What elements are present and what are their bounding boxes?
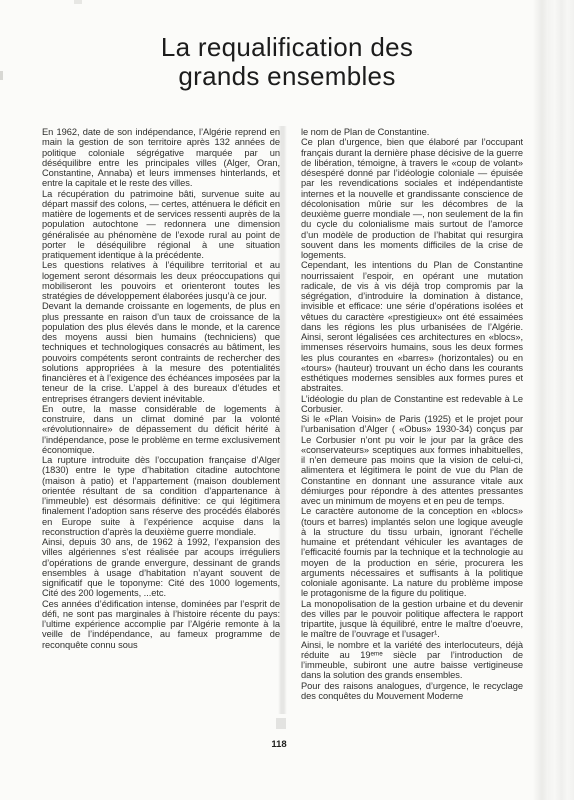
scan-edge-region [548,0,574,800]
scan-artifact [74,0,82,4]
paragraph: Cependant, les intentions du Plan de Con… [301,260,523,393]
paragraph: Ainsi, depuis 30 ans, de 1962 à 1992, l’… [42,537,280,599]
page-title-line1: La requalification des [161,32,413,62]
book-page: La requalification desgrands ensembles E… [0,0,574,800]
paragraph: La rupture introduite dès l’occupation f… [42,455,280,537]
paragraph: L’idéologie du plan de Constantine est r… [301,394,523,415]
paragraph: Le caractère autonome de la conception e… [301,506,523,598]
gutter-scan-shadow [278,126,287,714]
page-title: La requalification desgrands ensembles [0,33,574,91]
page-number: 118 [266,739,292,750]
page-title-line2: grands ensembles [178,61,395,91]
paragraph: Pour des raisons analogues, d’urgence, l… [301,681,523,702]
paragraph: En 1962, date de son indépendance, l’Alg… [42,127,280,189]
paragraph: Ainsi, le nombre et la variété des inter… [301,640,523,681]
text-column-left: En 1962, date de son indépendance, l’Alg… [42,127,280,650]
scan-artifact [276,718,286,729]
paragraph: Si le «Plan Voisin» de Paris (1925) et l… [301,414,523,506]
page-edge-shadow [533,0,548,800]
text-column-right: le nom de Plan de Constantine. Ce plan d… [301,127,523,701]
paragraph: En outre, la masse considérable de logem… [42,404,280,455]
paragraph: Devant la demande croissante en logement… [42,301,280,404]
paragraph: La monopolisation de la gestion urbaine … [301,599,523,640]
paragraph: Ces années d’édification intense, dominé… [42,599,280,650]
paragraph: La récupération du patrimoine bâti, surv… [42,189,280,261]
paragraph: le nom de Plan de Constantine. [301,127,523,137]
scan-artifact [0,71,3,80]
paragraph: Les questions relatives à l’équilibre te… [42,260,280,301]
paragraph: Ce plan d’urgence, bien que élaboré par … [301,137,523,260]
